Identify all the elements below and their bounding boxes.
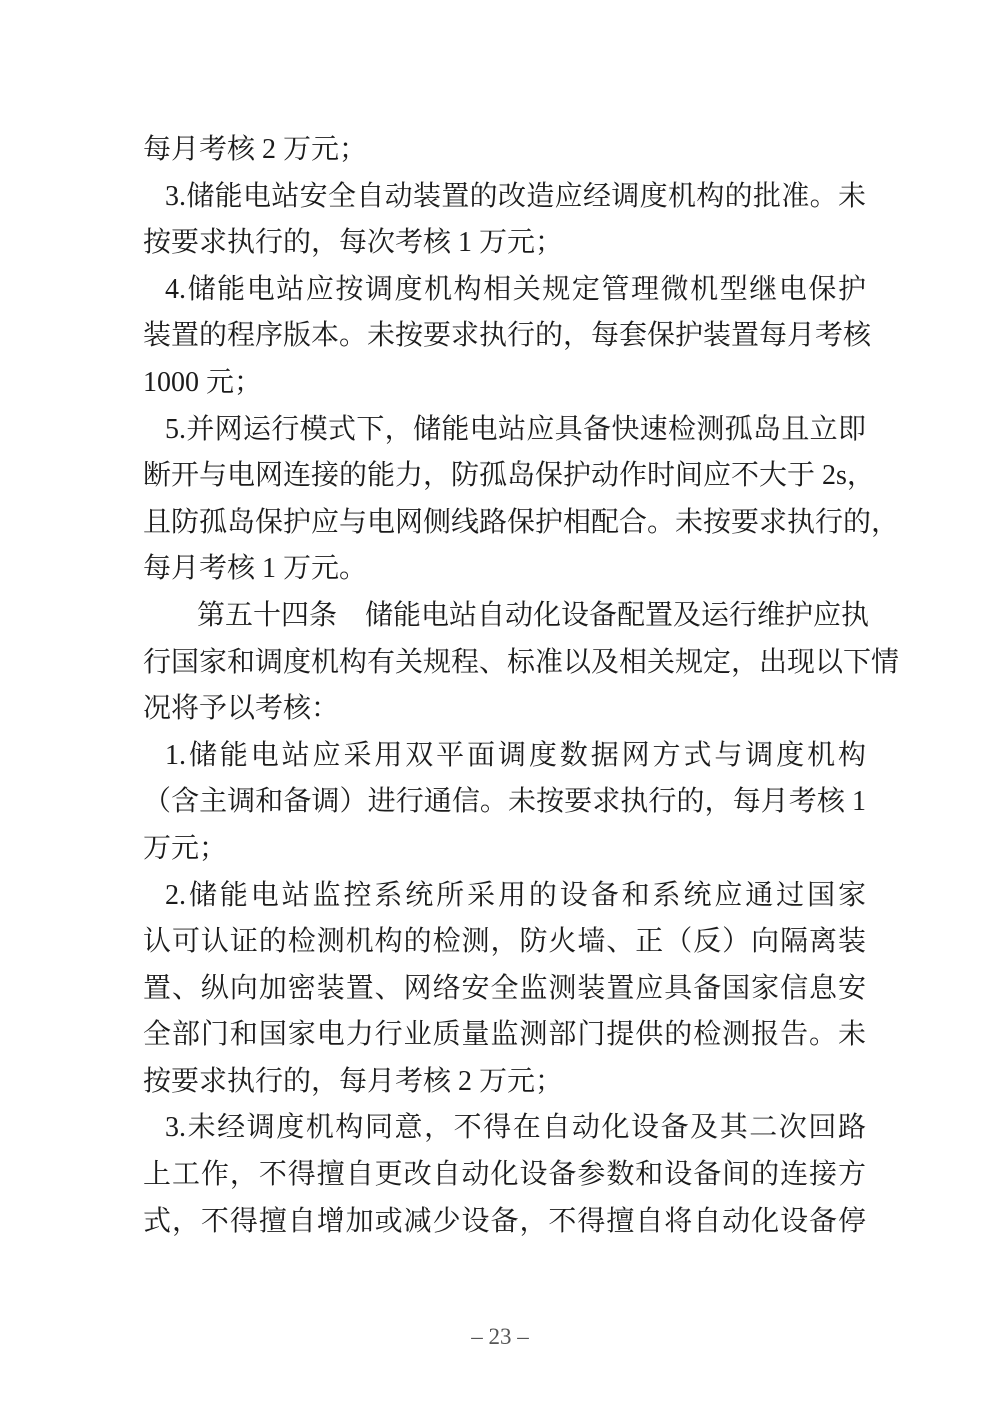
text-line-15: （含主调和备调）进行通信。未按要求执行的，每月考核 1 <box>143 779 866 826</box>
text-line-22: 3.未经调度机构同意，不得在自动化设备及其二次回路 <box>143 1105 866 1152</box>
text-line-6: 1000 元； <box>143 360 866 407</box>
text-line-13: 况将予以考核： <box>143 686 866 733</box>
text-line-5: 装置的程序版本。未按要求执行的，每套保护装置每月考核 <box>143 313 866 360</box>
text-line-19: 置、纵向加密装置、网络安全监测装置应具备国家信息安 <box>143 966 866 1013</box>
text-line-8: 断开与电网连接的能力，防孤岛保护动作时间应不大于 2s， <box>143 453 866 500</box>
text-line-14: 1.储能电站应采用双平面调度数据网方式与调度机构 <box>143 733 866 780</box>
text-line-12: 行国家和调度机构有关规程、标准以及相关规定，出现以下情 <box>143 640 866 687</box>
text-line-16: 万元； <box>143 826 866 873</box>
text-line-1: 每月考核 2 万元； <box>143 127 866 174</box>
text-line-18: 认可认证的检测机构的检测，防火墙、正（反）向隔离装 <box>143 919 866 966</box>
document-page: 每月考核 2 万元； 3.储能电站安全自动装置的改造应经调度机构的批准。未 按要… <box>0 0 1000 1414</box>
text-line-23: 上工作，不得擅自更改自动化设备参数和设备间的连接方 <box>143 1152 866 1199</box>
text-line-17: 2.储能电站监控系统所采用的设备和系统应通过国家 <box>143 873 866 920</box>
text-line-7: 5.并网运行模式下，储能电站应具备快速检测孤岛且立即 <box>143 407 866 454</box>
text-line-11-article-heading: 第五十四条 储能电站自动化设备配置及运行维护应执 <box>143 593 866 640</box>
page-number: – 23 – <box>0 1322 1000 1352</box>
text-block: 每月考核 2 万元； 3.储能电站安全自动装置的改造应经调度机构的批准。未 按要… <box>143 127 866 1245</box>
text-line-9: 且防孤岛保护应与电网侧线路保护相配合。未按要求执行的， <box>143 500 866 547</box>
text-line-20: 全部门和国家电力行业质量监测部门提供的检测报告。未 <box>143 1012 866 1059</box>
text-line-10: 每月考核 1 万元。 <box>143 546 866 593</box>
text-line-4: 4.储能电站应按调度机构相关规定管理微机型继电保护 <box>143 267 866 314</box>
text-line-3: 按要求执行的，每次考核 1 万元； <box>143 220 866 267</box>
text-line-24: 式，不得擅自增加或减少设备，不得擅自将自动化设备停 <box>143 1199 866 1246</box>
text-line-21: 按要求执行的，每月考核 2 万元； <box>143 1059 866 1106</box>
text-line-2: 3.储能电站安全自动装置的改造应经调度机构的批准。未 <box>143 174 866 221</box>
